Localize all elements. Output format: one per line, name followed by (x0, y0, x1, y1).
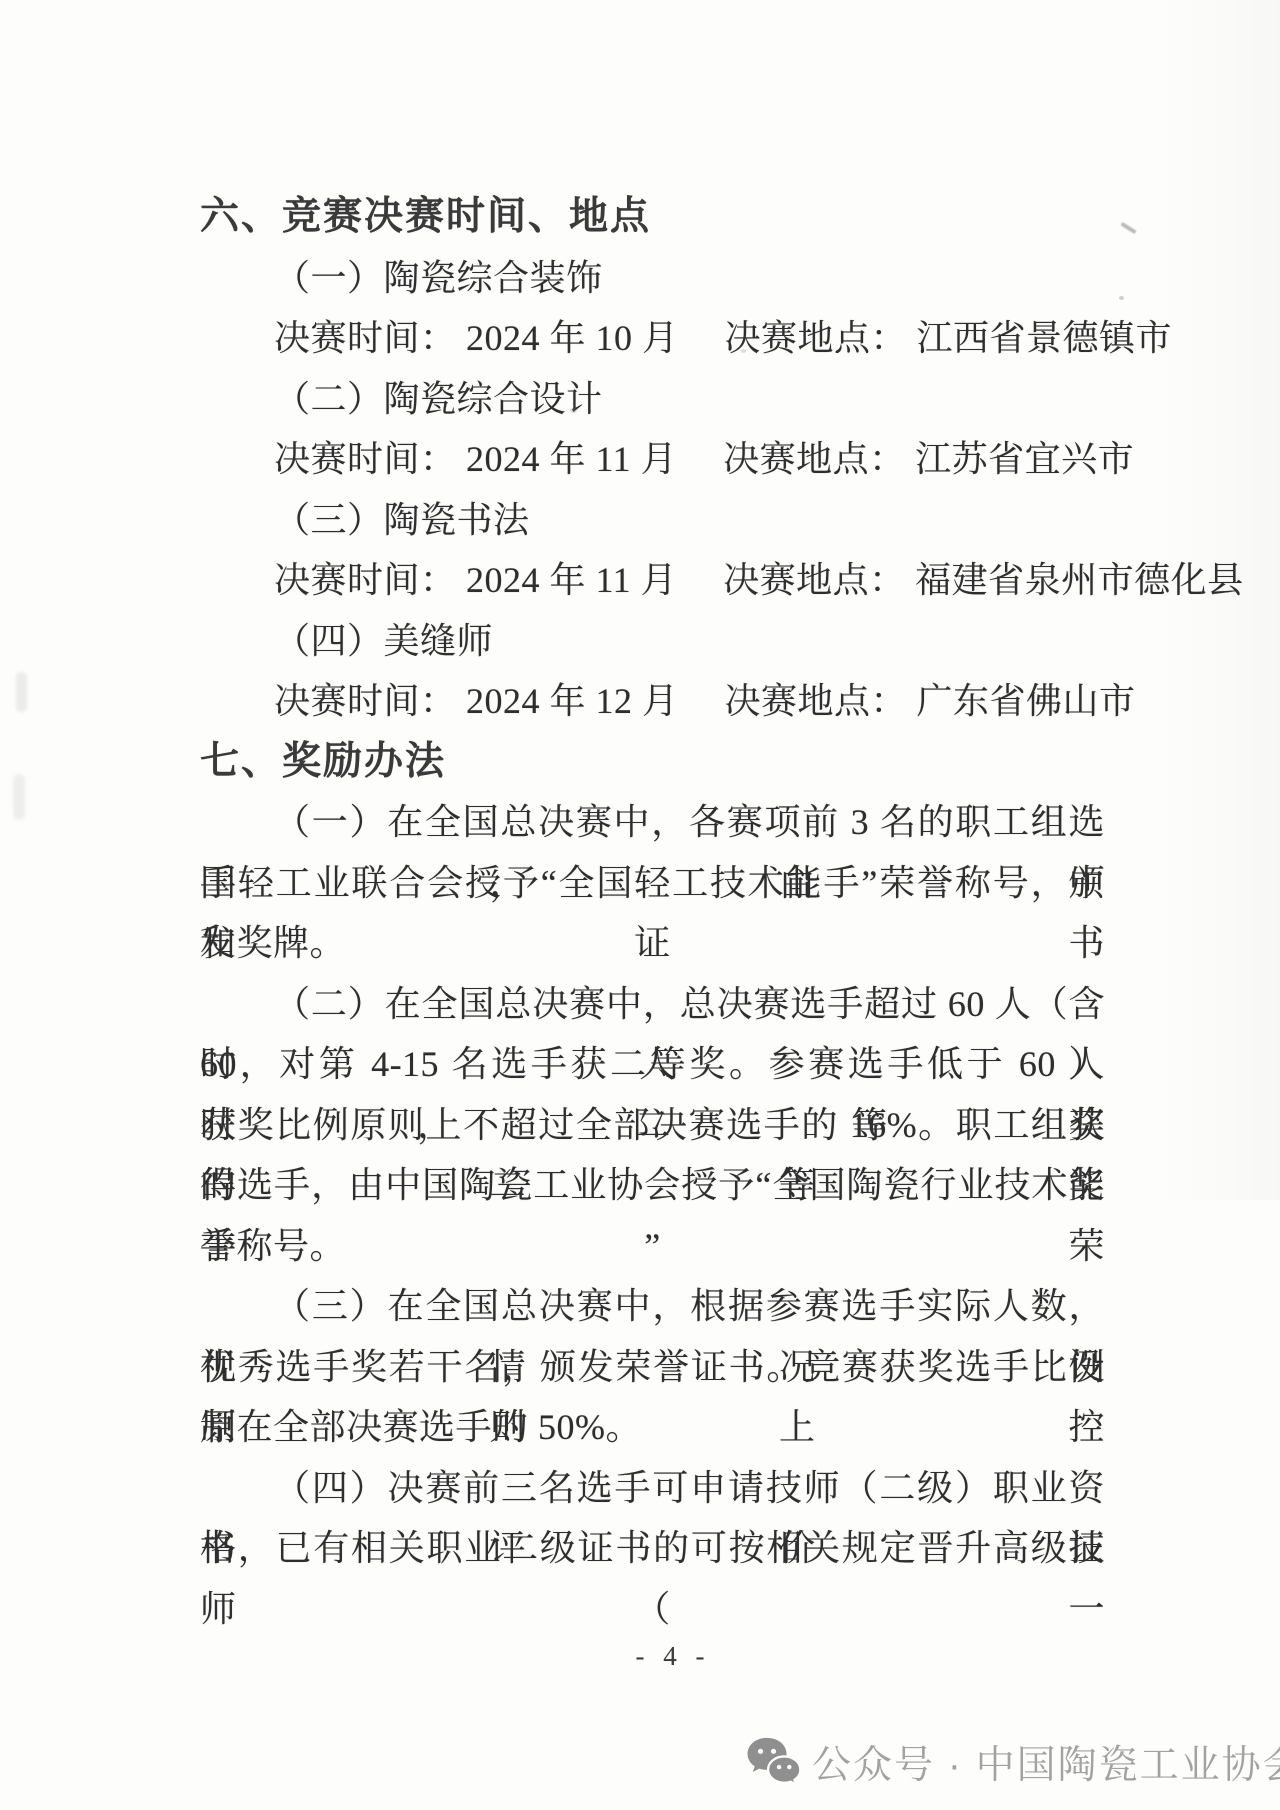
text-line: 决赛时间： 2024 年 12 月 决赛地点： 广东省佛山市 (200, 671, 1105, 732)
text-line: （二）在全国总决赛中，总决赛选手超过 60 人（含 60 人） (200, 974, 1105, 1035)
document-body: 六、竞赛决赛时间、地点（一）陶瓷综合装饰决赛时间： 2024 年 10 月 决赛… (200, 187, 1105, 1579)
text-line: （三）陶瓷书法 (200, 490, 1105, 551)
page-number: - 4 - (560, 1641, 786, 1672)
section-heading: 七、奖励办法 (200, 732, 1105, 793)
text-line: 的选手，由中国陶瓷工业协会授予“全国陶瓷行业技术能手”荣 (200, 1155, 1105, 1216)
section-heading: 六、竞赛决赛时间、地点 (200, 187, 1105, 248)
text-line: （四）决赛前三名选手可申请技师（二级）职业资格评价证 (200, 1458, 1105, 1519)
text-line: 决赛时间： 2024 年 10 月 决赛地点： 江西省景德镇市 (200, 308, 1105, 369)
wechat-icon (746, 1736, 802, 1788)
text-line: 决赛时间： 2024 年 11 月 决赛地点： 福建省泉州市德化县 (200, 550, 1105, 611)
text-line: 书，已有相关职业二级证书的可按相关规定晋升高级技师（一 (200, 1518, 1105, 1579)
scan-artifact (1119, 296, 1124, 300)
text-line: （三）在全国总决赛中，根据参赛选手实际人数，视情况设 (200, 1276, 1105, 1337)
text-line: （二）陶瓷综合设计 (200, 369, 1105, 430)
text-line: （一）在全国总决赛中，各赛项前 3 名的职工组选手，由中 (200, 792, 1105, 853)
text-line: （一）陶瓷综合装饰 (200, 248, 1105, 309)
wechat-watermark: 公众号 · 中国陶瓷工业协会 (746, 1734, 1280, 1790)
text-line: （四）美缝师 (200, 611, 1105, 672)
text-line: 获奖比例原则上不超过全部决赛选手的 16%。职工组获得二等奖 (200, 1095, 1105, 1156)
scan-artifact (1120, 222, 1137, 234)
scanned-document-page: 六、竞赛决赛时间、地点（一）陶瓷综合装饰决赛时间： 2024 年 10 月 决赛… (0, 0, 1280, 1810)
text-line: 决赛时间： 2024 年 11 月 决赛地点： 江苏省宜兴市 (200, 429, 1105, 490)
wechat-account-label: 公众号 · 中国陶瓷工业协会 (812, 1734, 1280, 1790)
scan-artifact (13, 774, 25, 820)
text-line: 国轻工业联合会授予“全国轻工技术能手”荣誉称号，颁发证书 (200, 853, 1105, 914)
text-line: 优秀选手奖若干名，颁发荣誉证书。竞赛获奖选手比例原则上控 (200, 1337, 1105, 1398)
text-line: 时，对第 4-15 名选手获二等奖。参赛选手低于 60 人时，二等奖 (200, 1034, 1105, 1095)
scan-artifact (16, 672, 27, 712)
